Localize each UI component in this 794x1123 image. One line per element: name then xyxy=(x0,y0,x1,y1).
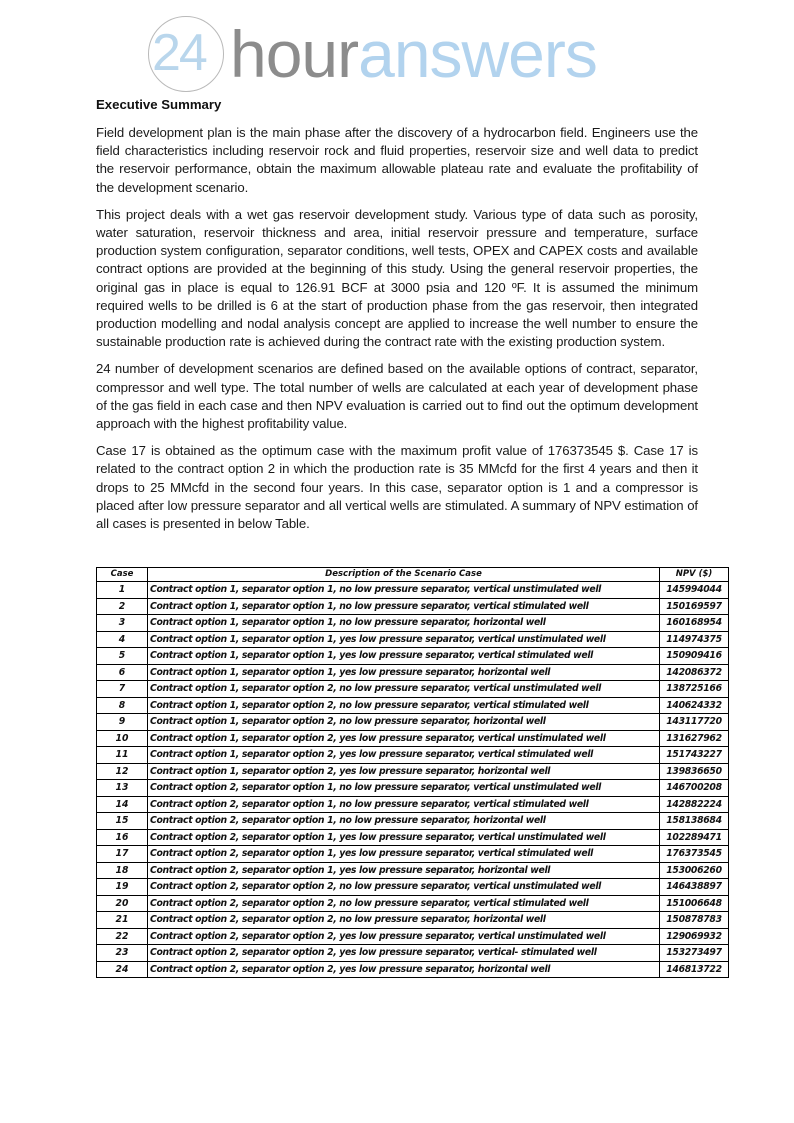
document-body: Executive Summary Field development plan… xyxy=(96,96,698,542)
description-cell: Contract option 1, separator option 1, n… xyxy=(148,582,660,599)
case-cell: 18 xyxy=(97,862,148,879)
case-cell: 4 xyxy=(97,631,148,648)
npv-cell: 142086372 xyxy=(660,664,729,681)
table-row: 17Contract option 2, separator option 1,… xyxy=(97,846,729,863)
description-cell: Contract option 1, separator option 2, y… xyxy=(148,763,660,780)
table-row: 8Contract option 1, separator option 2, … xyxy=(97,697,729,714)
npv-summary-table: Case Description of the Scenario Case NP… xyxy=(96,567,729,978)
npv-cell: 151006648 xyxy=(660,895,729,912)
brand-logo: 24 houranswers xyxy=(146,14,626,94)
header-npv: NPV ($) xyxy=(660,568,729,582)
table-row: 21Contract option 2, separator option 2,… xyxy=(97,912,729,929)
table-row: 19Contract option 2, separator option 2,… xyxy=(97,879,729,896)
npv-cell: 139836650 xyxy=(660,763,729,780)
npv-cell: 176373545 xyxy=(660,846,729,863)
npv-cell: 102289471 xyxy=(660,829,729,846)
logo-word-answers: answers xyxy=(358,17,597,91)
table-row: 10Contract option 1, separator option 2,… xyxy=(97,730,729,747)
npv-cell: 153006260 xyxy=(660,862,729,879)
paragraph-2: This project deals with a wet gas reserv… xyxy=(96,206,698,352)
paragraph-3: 24 number of development scenarios are d… xyxy=(96,360,698,433)
table-row: 2Contract option 1, separator option 1, … xyxy=(97,598,729,615)
case-cell: 6 xyxy=(97,664,148,681)
table-row: 4Contract option 1, separator option 1, … xyxy=(97,631,729,648)
paragraph-4: Case 17 is obtained as the optimum case … xyxy=(96,442,698,533)
table-row: 16Contract option 2, separator option 1,… xyxy=(97,829,729,846)
table-row: 13Contract option 2, separator option 1,… xyxy=(97,780,729,797)
npv-cell: 150909416 xyxy=(660,648,729,665)
case-cell: 7 xyxy=(97,681,148,698)
table-row: 12Contract option 1, separator option 2,… xyxy=(97,763,729,780)
case-cell: 24 xyxy=(97,961,148,978)
npv-cell: 160168954 xyxy=(660,615,729,632)
description-cell: Contract option 2, separator option 2, n… xyxy=(148,912,660,929)
case-cell: 22 xyxy=(97,928,148,945)
case-cell: 3 xyxy=(97,615,148,632)
npv-cell: 150169597 xyxy=(660,598,729,615)
npv-cell: 146700208 xyxy=(660,780,729,797)
case-cell: 10 xyxy=(97,730,148,747)
table-row: 14Contract option 2, separator option 1,… xyxy=(97,796,729,813)
table-row: 23Contract option 2, separator option 2,… xyxy=(97,945,729,962)
description-cell: Contract option 1, separator option 2, n… xyxy=(148,714,660,731)
logo-wordmark: houranswers xyxy=(230,16,597,92)
table-row: 9Contract option 1, separator option 2, … xyxy=(97,714,729,731)
case-cell: 19 xyxy=(97,879,148,896)
case-cell: 15 xyxy=(97,813,148,830)
case-cell: 5 xyxy=(97,648,148,665)
case-cell: 11 xyxy=(97,747,148,764)
description-cell: Contract option 1, separator option 1, y… xyxy=(148,631,660,648)
paragraph-1: Field development plan is the main phase… xyxy=(96,124,698,197)
table-row: 22Contract option 2, separator option 2,… xyxy=(97,928,729,945)
npv-cell: 158138684 xyxy=(660,813,729,830)
npv-cell: 129069932 xyxy=(660,928,729,945)
case-cell: 23 xyxy=(97,945,148,962)
description-cell: Contract option 2, separator option 2, y… xyxy=(148,945,660,962)
table-body: 1Contract option 1, separator option 1, … xyxy=(97,582,729,978)
table-row: 20Contract option 2, separator option 2,… xyxy=(97,895,729,912)
npv-cell: 151743227 xyxy=(660,747,729,764)
description-cell: Contract option 2, separator option 1, n… xyxy=(148,813,660,830)
case-cell: 14 xyxy=(97,796,148,813)
npv-cell: 145994044 xyxy=(660,582,729,599)
table-row: 11Contract option 1, separator option 2,… xyxy=(97,747,729,764)
table-row: 15Contract option 2, separator option 1,… xyxy=(97,813,729,830)
npv-cell: 140624332 xyxy=(660,697,729,714)
description-cell: Contract option 2, separator option 2, n… xyxy=(148,879,660,896)
table-row: 1Contract option 1, separator option 1, … xyxy=(97,582,729,599)
case-cell: 17 xyxy=(97,846,148,863)
case-cell: 9 xyxy=(97,714,148,731)
case-cell: 21 xyxy=(97,912,148,929)
description-cell: Contract option 2, separator option 2, n… xyxy=(148,895,660,912)
case-cell: 12 xyxy=(97,763,148,780)
case-cell: 8 xyxy=(97,697,148,714)
npv-cell: 131627962 xyxy=(660,730,729,747)
table-row: 3Contract option 1, separator option 1, … xyxy=(97,615,729,632)
case-cell: 1 xyxy=(97,582,148,599)
description-cell: Contract option 2, separator option 1, y… xyxy=(148,829,660,846)
header-description: Description of the Scenario Case xyxy=(148,568,660,582)
npv-cell: 146813722 xyxy=(660,961,729,978)
table-row: 24Contract option 2, separator option 2,… xyxy=(97,961,729,978)
case-cell: 2 xyxy=(97,598,148,615)
description-cell: Contract option 1, separator option 1, n… xyxy=(148,615,660,632)
description-cell: Contract option 2, separator option 1, n… xyxy=(148,780,660,797)
table-header-row: Case Description of the Scenario Case NP… xyxy=(97,568,729,582)
description-cell: Contract option 2, separator option 2, y… xyxy=(148,928,660,945)
case-cell: 13 xyxy=(97,780,148,797)
description-cell: Contract option 1, separator option 2, y… xyxy=(148,730,660,747)
description-cell: Contract option 2, separator option 1, n… xyxy=(148,796,660,813)
description-cell: Contract option 1, separator option 2, n… xyxy=(148,697,660,714)
case-cell: 16 xyxy=(97,829,148,846)
description-cell: Contract option 1, separator option 1, n… xyxy=(148,598,660,615)
description-cell: Contract option 2, separator option 2, y… xyxy=(148,961,660,978)
npv-cell: 153273497 xyxy=(660,945,729,962)
description-cell: Contract option 1, separator option 2, n… xyxy=(148,681,660,698)
table-row: 5Contract option 1, separator option 1, … xyxy=(97,648,729,665)
description-cell: Contract option 1, separator option 1, y… xyxy=(148,664,660,681)
npv-cell: 142882224 xyxy=(660,796,729,813)
description-cell: Contract option 1, separator option 1, y… xyxy=(148,648,660,665)
section-heading: Executive Summary xyxy=(96,96,698,113)
case-cell: 20 xyxy=(97,895,148,912)
npv-cell: 138725166 xyxy=(660,681,729,698)
table-row: 7Contract option 1, separator option 2, … xyxy=(97,681,729,698)
npv-cell: 143117720 xyxy=(660,714,729,731)
logo-word-hour: hour xyxy=(230,17,358,91)
header-case: Case xyxy=(97,568,148,582)
npv-cell: 146438897 xyxy=(660,879,729,896)
table-row: 6Contract option 1, separator option 1, … xyxy=(97,664,729,681)
description-cell: Contract option 2, separator option 1, y… xyxy=(148,862,660,879)
description-cell: Contract option 2, separator option 1, y… xyxy=(148,846,660,863)
npv-cell: 150878783 xyxy=(660,912,729,929)
description-cell: Contract option 1, separator option 2, y… xyxy=(148,747,660,764)
logo-number: 24 xyxy=(152,20,206,86)
table-row: 18Contract option 2, separator option 1,… xyxy=(97,862,729,879)
npv-cell: 114974375 xyxy=(660,631,729,648)
